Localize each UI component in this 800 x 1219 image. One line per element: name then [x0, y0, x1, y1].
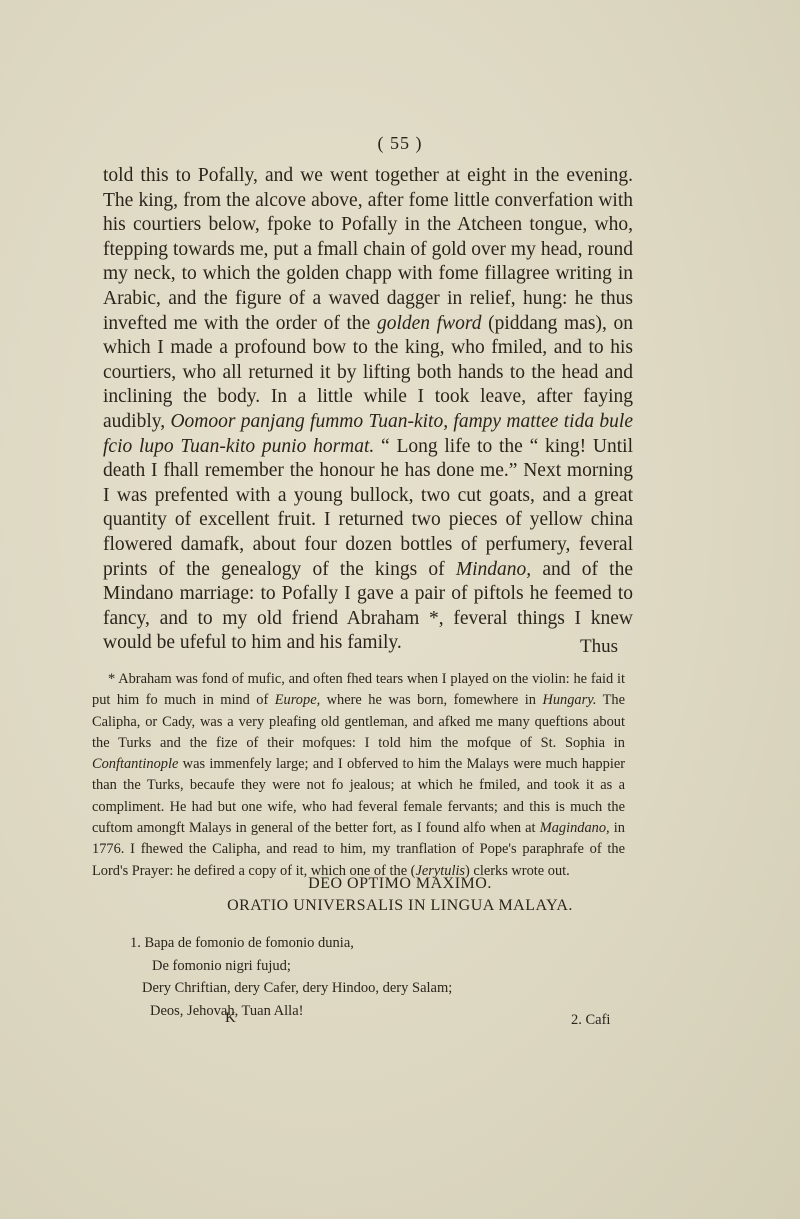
- verse-line: Deos, Jehovah, Tuan Alla!: [130, 1000, 452, 1023]
- italic-run: Europe,: [275, 692, 320, 708]
- signature-mark: K: [225, 1010, 236, 1027]
- italic-run: Magindano,: [540, 820, 610, 836]
- main-paragraph-text: told this to Pofally, and we went togeth…: [103, 164, 633, 656]
- italic-run: Mindano,: [456, 559, 531, 580]
- heading-deo-optimo: DEO OPTIMO MAXIMO.: [0, 875, 800, 893]
- verse-line: 1. Bapa de fomonio de fomonio dunia,: [130, 932, 452, 955]
- footnote: * Abraham was fond of mufic, and often f…: [92, 669, 625, 882]
- verse-line: Dery Chriftian, dery Cafer, dery Hindoo,…: [130, 977, 452, 1000]
- italic-run: golden fword: [377, 313, 482, 334]
- next-catchword: 2. Cafi: [571, 1012, 610, 1029]
- page-number: ( 55 ): [0, 133, 800, 154]
- italic-run: Conftantinople: [92, 756, 178, 772]
- text-run: told this to Pofally, and we went togeth…: [103, 165, 633, 334]
- footnote-text: * Abraham was fond of mufic, and often f…: [92, 669, 625, 882]
- main-paragraph: told this to Pofally, and we went togeth…: [103, 164, 633, 656]
- catchword: Thus: [580, 636, 618, 658]
- verse-block: 1. Bapa de fomonio de fomonio dunia, De …: [130, 932, 452, 1022]
- text-run: where he was born, fomewhere in: [320, 692, 542, 708]
- verse-line: De fomonio nigri fujud;: [130, 955, 452, 978]
- italic-run: Hungary.: [542, 692, 596, 708]
- heading-oratio: ORATIO UNIVERSALIS IN LINGUA MALAYA.: [0, 897, 800, 915]
